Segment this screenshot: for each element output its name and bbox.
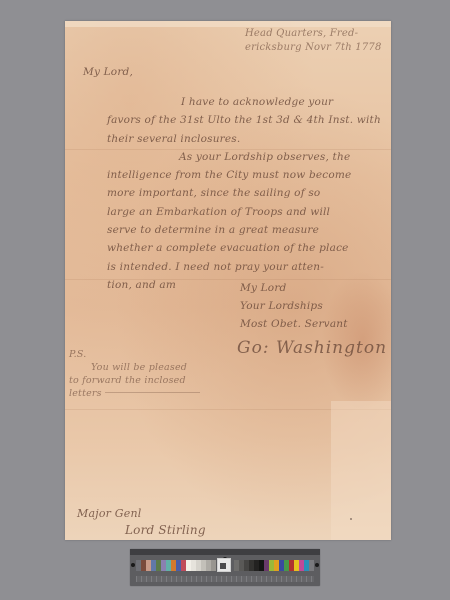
body-line: serve to determine in a great measure — [107, 221, 381, 239]
registration-dot — [131, 563, 135, 567]
closing-line: My Lord — [240, 279, 348, 297]
letter-page: Head Quarters, Fred- ericksburg Novr 7th… — [65, 21, 391, 540]
body-line: their several inclosures. — [107, 130, 381, 148]
postscript-line: letters — [69, 387, 200, 400]
dateline: Head Quarters, Fred- ericksburg Novr 7th… — [245, 27, 382, 55]
fold-line — [65, 409, 391, 410]
postscript-line: to forward the inclosed — [69, 374, 200, 387]
salutation: My Lord, — [83, 63, 133, 81]
letter-body: I have to acknowledge your favors of the… — [107, 93, 381, 294]
color-calibration-target — [130, 549, 320, 586]
postscript-underline — [105, 392, 200, 393]
body-line: As your Lordship observes, the — [107, 148, 381, 166]
gray-reference-bracket — [217, 558, 231, 572]
postscript-label: P.S. — [69, 348, 200, 361]
body-line: large an Embarkation of Troops and will — [107, 203, 381, 221]
closing-line: Your Lordships — [240, 297, 348, 315]
addressee-title: Major Genl — [77, 506, 206, 522]
body-line: is intended. I need not pray your atten- — [107, 258, 381, 276]
postscript-line: You will be pleased — [69, 361, 200, 374]
body-line: favors of the 31st Ulto the 1st 3d & 4th… — [107, 111, 381, 129]
color-chip — [309, 560, 314, 571]
body-line: intelligence from the City must now beco… — [107, 166, 381, 184]
target-top-bar — [130, 549, 320, 555]
body-line: I have to acknowledge your — [107, 93, 381, 111]
dateline-place: Head Quarters, Fred- — [245, 27, 382, 41]
closing-line: Most Obet. Servant — [240, 315, 348, 333]
registration-dot — [315, 563, 319, 567]
archival-scan: Head Quarters, Fred- ericksburg Novr 7th… — [0, 0, 450, 600]
signature: Go: Washington — [237, 339, 387, 357]
addressee: Major Genl Lord Stirling — [77, 506, 206, 538]
closing: My Lord Your Lordships Most Obet. Servan… — [240, 279, 348, 333]
body-line: whether a complete evacuation of the pla… — [107, 239, 381, 257]
ink-speck — [350, 518, 352, 520]
postscript-line-text: letters — [69, 388, 102, 399]
postscript: P.S. You will be pleased to forward the … — [69, 348, 200, 400]
ruler-scale — [136, 576, 314, 582]
addressee-name: Lord Stirling — [77, 522, 206, 538]
body-line: more important, since the sailing of so — [107, 184, 381, 202]
dateline-date: ericksburg Novr 7th 1778 — [245, 41, 382, 55]
